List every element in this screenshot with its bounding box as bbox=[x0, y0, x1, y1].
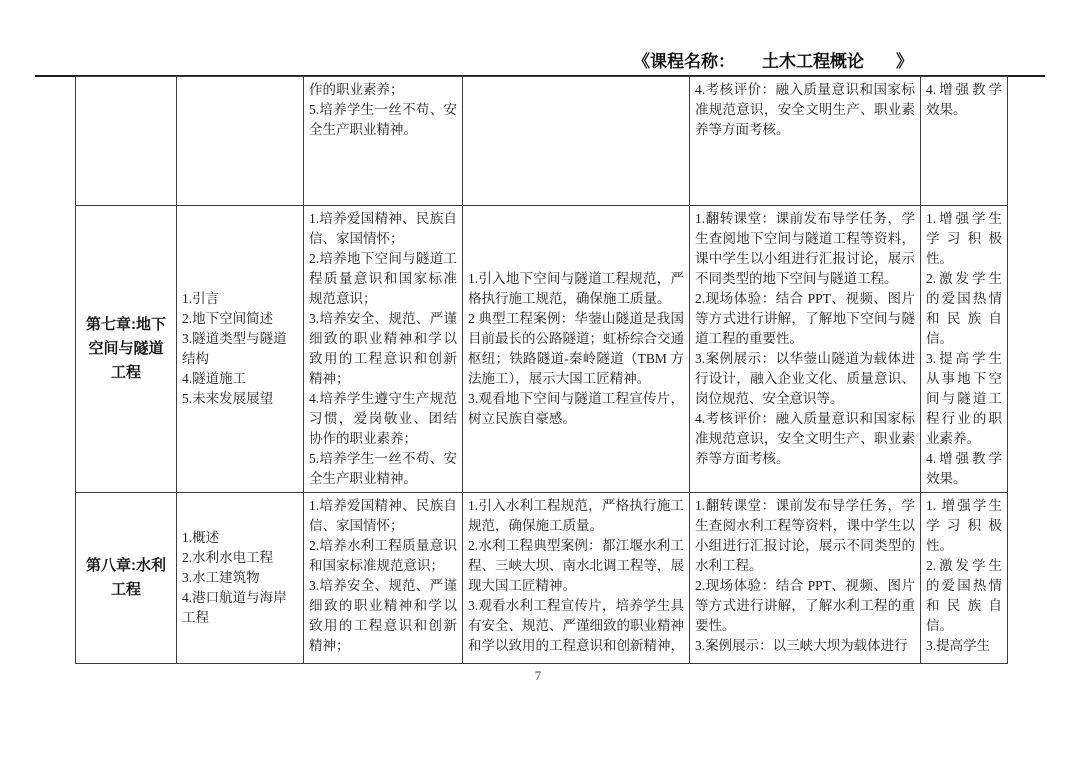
carryover-objectives-cell: 作的职业素养； 5.培养学生一丝不苟、安全生产职业精神。 bbox=[304, 77, 463, 206]
carryover-content-cell bbox=[177, 77, 304, 206]
ch8-chapter-cell: 第八章:水利工程 bbox=[76, 493, 177, 664]
ch7-chapter-cell: 第七章:地下空间与隧道工程 bbox=[76, 206, 177, 493]
ch8-objectives-cell: 1.培养爱国精神、民族自信、家国情怀； 2.培养水利工程质量意识和国家标准规范意… bbox=[304, 493, 463, 664]
carryover-effects-cell: 4.增强教学效果。 bbox=[921, 77, 1008, 206]
table-row-carryover: 作的职业素养； 5.培养学生一丝不苟、安全生产职业精神。 4.考核评价：融入质量… bbox=[76, 77, 1008, 206]
ch7-effects-cell: 1.增强学生学习积极性。 2.激发学生的爱国热情和民族自信。 3.提高学生从事地… bbox=[921, 206, 1008, 493]
ch7-objectives-cell: 1.培养爱国精神、民族自信、家国情怀； 2.培养地下空间与隧道工程质量意识和国家… bbox=[304, 206, 463, 493]
carryover-cases-cell bbox=[463, 77, 690, 206]
course-title-header: 《课程名称：土木工程概论》 bbox=[633, 50, 913, 76]
ch8-content-cell: 1.概述 2.水利水电工程 3.水工建筑物 4.港口航道与海岸工程 bbox=[177, 493, 304, 664]
page-number: 7 bbox=[0, 668, 1076, 684]
ch7-cases-cell: 1.引入地下空间与隧道工程规范，严格执行施工规范，确保施工质量。 2 典型工程案… bbox=[463, 206, 690, 493]
carryover-methods-cell: 4.考核评价：融入质量意识和国家标准规范意识，安全文明生产、职业素养等方面考核。 bbox=[690, 77, 921, 206]
ch8-effects-cell: 1. 增强学生学习积极性。 2.激发学生的爱国热情和民族自信。 3.提高学生 bbox=[921, 493, 1008, 664]
course-name-underlined: 土木工程概论 bbox=[741, 50, 888, 77]
course-title-suffix: 》 bbox=[896, 52, 913, 71]
ch7-methods-cell: 1.翻转课堂：课前发布导学任务，学生查阅地下空间与隧道工程等资料，课中学生以小组… bbox=[690, 206, 921, 493]
document-page: 《课程名称：土木工程概论》 作的职业素养； 5.培养学生一丝不苟、安全生产职业精… bbox=[0, 0, 1080, 764]
ch7-content-cell: 1.引言 2.地下空间简述 3.隧道类型与隧道结构 4.隧道施工 5.未来发展展… bbox=[177, 206, 304, 493]
table-row-chapter8: 第八章:水利工程 1.概述 2.水利水电工程 3.水工建筑物 4.港口航道与海岸… bbox=[76, 493, 1008, 664]
carryover-chapter-cell bbox=[76, 77, 177, 206]
ch8-cases-cell: 1.引入水利工程规范，严格执行施工规范，确保施工质量。 2.水利工程典型案例：都… bbox=[463, 493, 690, 664]
syllabus-table: 作的职业素养； 5.培养学生一丝不苟、安全生产职业精神。 4.考核评价：融入质量… bbox=[75, 76, 1008, 664]
course-title-prefix: 《课程名称： bbox=[633, 52, 735, 71]
ch8-methods-cell: 1.翻转课堂：课前发布导学任务，学生查阅水利工程等资料，课中学生以小组进行汇报讨… bbox=[690, 493, 921, 664]
table-row-chapter7: 第七章:地下空间与隧道工程 1.引言 2.地下空间简述 3.隧道类型与隧道结构 … bbox=[76, 206, 1008, 493]
